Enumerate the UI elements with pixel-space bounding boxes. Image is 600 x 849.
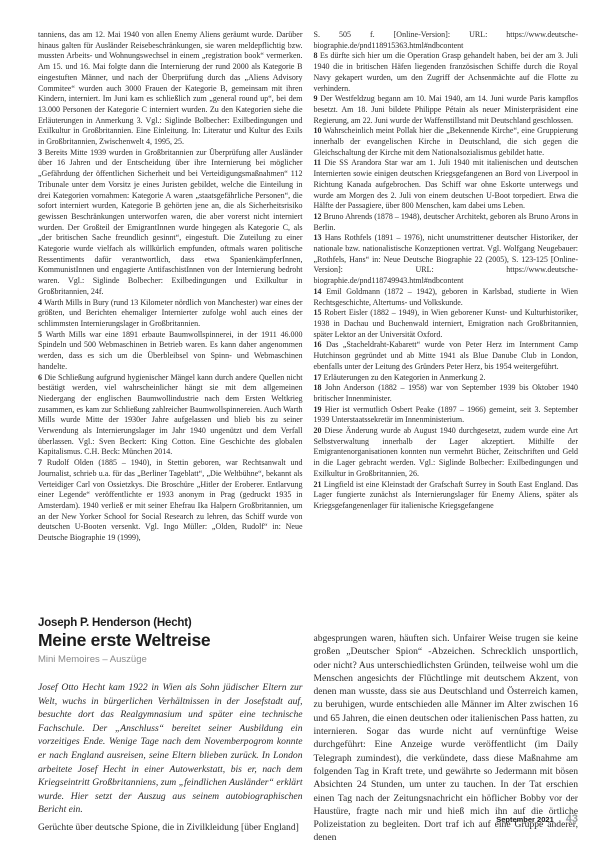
footnote: S. 505 f. [Online-Version]: URL: https:/… xyxy=(314,30,579,51)
footnote: 4 Warth Mills in Bury (rund 13 Kilometer… xyxy=(38,298,303,330)
footnote-number: 16 xyxy=(314,340,326,349)
footnote-number: 13 xyxy=(314,233,325,242)
endnotes-column-right: S. 505 f. [Online-Version]: URL: https:/… xyxy=(314,30,579,605)
footnote-number: 15 xyxy=(314,308,325,317)
footnote: 15 Robert Eisler (1882 – 1949), in Wien … xyxy=(314,308,579,340)
footnote: 17 Erläuterungen zu den Kategorien in An… xyxy=(314,373,579,384)
article-subtitle: Mini Memoires – Auszüge xyxy=(38,654,303,665)
footnote: 7 Rudolf Olden (1885 – 1940), in Stettin… xyxy=(38,458,303,544)
footnote: 21 Lingfield ist eine Kleinstadt der Gra… xyxy=(314,480,579,512)
document-page: tanniens, das am 12. Mai 1940 von allen … xyxy=(0,0,600,849)
article-column-left: Joseph P. Henderson (Hecht) Meine erste … xyxy=(38,617,303,845)
endnotes-section: tanniens, das am 12. Mai 1940 von allen … xyxy=(38,30,578,605)
footnote-number: 18 xyxy=(314,383,326,392)
footnote: 20 Diese Änderung wurde ab August 1940 d… xyxy=(314,426,579,480)
footnote: 13 Hans Rothfels (1891 – 1976), nicht un… xyxy=(314,233,579,287)
footnote-number: 17 xyxy=(314,373,324,382)
footnote-number: 8 xyxy=(314,51,321,60)
footnote-number: 3 xyxy=(38,148,45,157)
footnote-number: 14 xyxy=(314,287,327,296)
footnote: 6 Die Schließung aufgrund hygienischer M… xyxy=(38,373,303,459)
article-column-right: abgesprungen waren, häuften sich. Unfair… xyxy=(314,617,579,845)
footnote-number: 9 xyxy=(314,94,321,103)
footnote: 12 Bruno Ahrends (1878 – 1948), deutsche… xyxy=(314,212,579,233)
footnote-number: 20 xyxy=(314,426,325,435)
page-number: 43 xyxy=(566,813,578,825)
footnote-number: 12 xyxy=(314,212,324,221)
footnote: 5 Warth Mills war eine 1891 erbaute Baum… xyxy=(38,330,303,373)
footnote-number: 10 xyxy=(314,126,324,135)
article-title: Meine erste Weltreise xyxy=(38,630,303,651)
footnote-number: 21 xyxy=(314,480,324,489)
article-section: Joseph P. Henderson (Hecht) Meine erste … xyxy=(38,617,578,845)
footnote: 8 Es dürfte sich hier um die Operation G… xyxy=(314,51,579,94)
footnote: 19 Hier ist vermutlich Osbert Peake (189… xyxy=(314,405,579,426)
footnote: 9 Der Westfeldzug begann am 10. Mai 1940… xyxy=(314,94,579,126)
footnote-number: 4 xyxy=(38,298,44,307)
footnote: 11 Die SS Arandora Star war am 1. Juli 1… xyxy=(314,158,579,212)
endnotes-column-left: tanniens, das am 12. Mai 1940 von allen … xyxy=(38,30,303,605)
footnote: 10 Wahrscheinlich meint Pollak hier die … xyxy=(314,126,579,158)
footnote: 14 Emil Goldmann (1872 – 1942), geboren … xyxy=(314,287,579,308)
article-author: Joseph P. Henderson (Hecht) xyxy=(38,617,303,629)
footnote-number: 6 xyxy=(38,373,44,382)
footnote-number: 5 xyxy=(38,330,46,339)
article-body-left: Gerüchte über deutsche Spione, die in Zi… xyxy=(38,821,303,834)
footnote: 16 Das „Stacheldraht-Kabarett“ wurde von… xyxy=(314,340,579,372)
footnote: tanniens, das am 12. Mai 1940 von allen … xyxy=(38,30,303,148)
article-lede: Josef Otto Hecht kam 1922 in Wien als So… xyxy=(38,681,303,817)
footnote-number: 11 xyxy=(314,158,325,167)
footnote-number: 19 xyxy=(314,405,325,414)
issue-date: September 2021 xyxy=(496,815,554,824)
footnote: 3 Bereits Mitte 1939 wurden in Großbrita… xyxy=(38,148,303,298)
footnote: 18 John Anderson (1882 – 1958) war von S… xyxy=(314,383,579,404)
footnote-number: 7 xyxy=(38,458,47,467)
page-footer: September 2021 43 xyxy=(496,813,578,825)
